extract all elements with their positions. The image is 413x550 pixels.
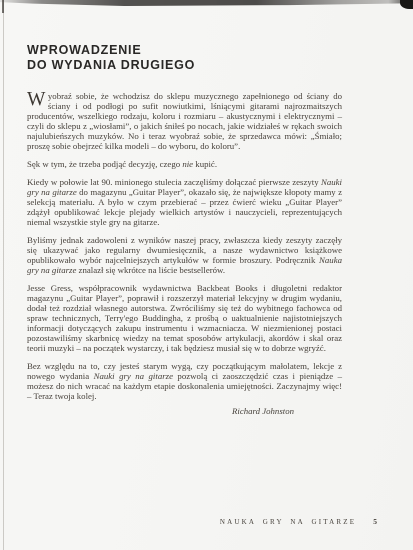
italic-text: nie [182,159,193,169]
scan-edge-left [3,0,4,550]
paragraph: Byliśmy jednak zadowoleni z wyników nasz… [27,235,342,275]
text-run: Sęk w tym, że trzeba podjąć decyzję, cze… [27,159,182,169]
signature: Richard Johnston [27,406,342,416]
drop-cap: W [27,91,48,108]
chapter-title: WPROWADZENIE DO WYDANIA DRUGIEGO [27,43,195,73]
chapter-title-line1: WPROWADZENIE [27,43,195,58]
text-run: yobraź sobie, że wchodzisz do sklepu muz… [27,91,342,151]
paragraph: Wyobraź sobie, że wchodzisz do sklepu mu… [27,91,342,152]
paragraph: Sęk w tym, że trzeba podjąć decyzję, cze… [27,159,342,169]
text-run: kupić. [193,159,217,169]
text-run: Kiedy w połowie lat 90. minionego stulec… [27,177,321,187]
running-title: NAUKA GRY NA GITARZE [220,518,356,526]
page-number: 5 [373,517,377,526]
scan-edge-top [0,0,413,6]
paragraph: Bez względu na to, czy jesteś starym wyg… [27,361,342,401]
scan-corner-smudge [400,0,413,9]
scan-edge-left-tick [2,0,4,13]
chapter-title-line2: DO WYDANIA DRUGIEGO [27,58,195,73]
text-run: Byliśmy jednak zadowoleni z wyników nasz… [27,235,342,265]
scanned-page: WPROWADZENIE DO WYDANIA DRUGIEGO Wyobraź… [0,0,413,550]
italic-text: Nauki gry na gitarze [94,371,173,381]
body-text: Wyobraź sobie, że wchodzisz do sklepu mu… [27,91,342,416]
paragraphs-container: Wyobraź sobie, że wchodzisz do sklepu mu… [27,91,342,401]
paragraph: Jesse Gress, współpracownik wydawnictwa … [27,283,342,354]
text-run: Jesse Gress, współpracownik wydawnictwa … [27,283,342,354]
page-footer: NAUKA GRY NA GITARZE 5 [220,517,377,526]
text-run: znalazł się wkrótce na liście bestseller… [76,265,225,275]
paragraph: Kiedy w połowie lat 90. minionego stulec… [27,177,342,227]
